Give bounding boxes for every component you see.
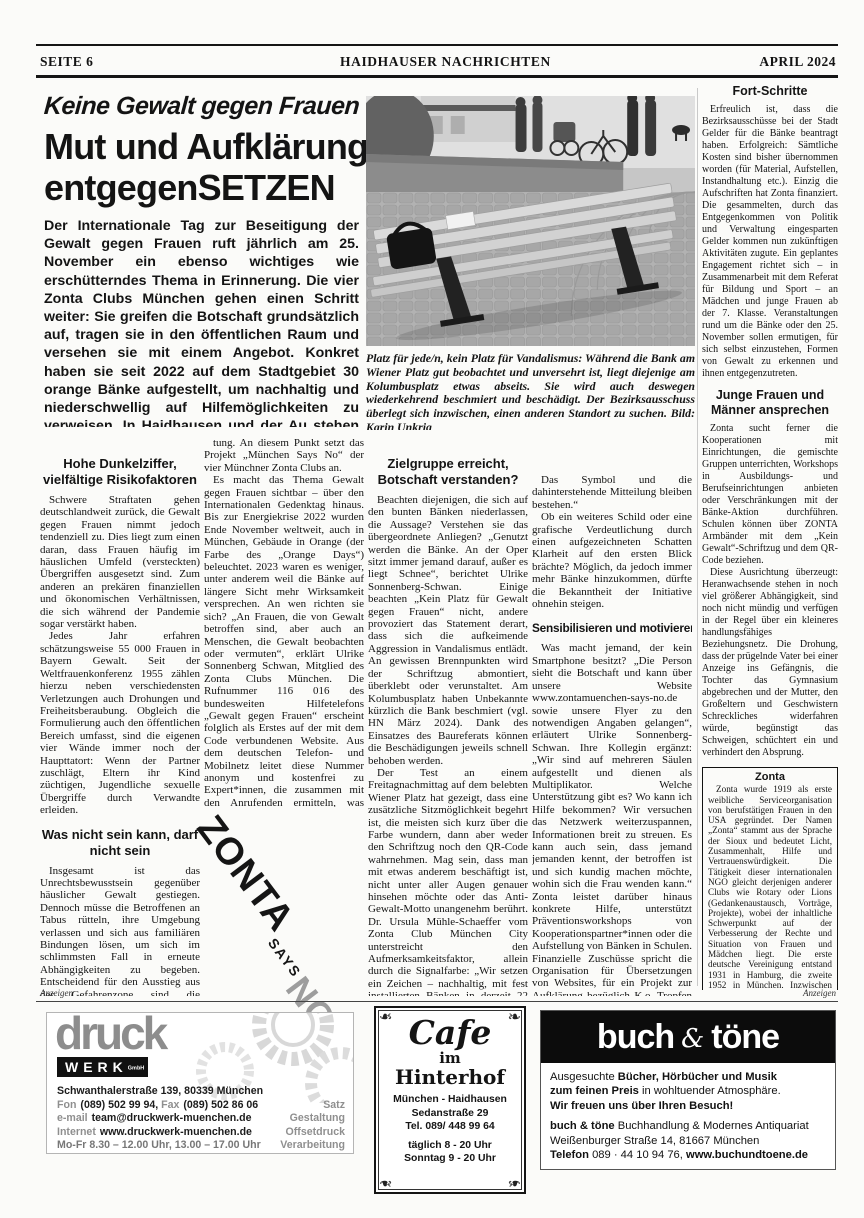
cafe-city: München - Haidhausen [376, 1093, 524, 1107]
zonta-says-no-logo-text: ZONTASAYSNO [188, 808, 366, 1024]
service-offsetdruck: Offsetdruck [286, 1126, 345, 1140]
body-column-2: tung. An diesem Punkt setzt das Projekt … [204, 437, 364, 807]
paragraph: Das Symbol und die dahinterstehende Mitt… [532, 474, 692, 511]
floral-corner-icon [508, 1174, 521, 1190]
headline: Mut und Aufklärung entgegenSETZEN [44, 126, 374, 208]
floral-corner-icon [508, 1010, 521, 1026]
store-type: Buchhandlung & Modernes Antiquariat [615, 1120, 809, 1132]
internet-label: Internet [57, 1126, 96, 1138]
lead-paragraph: Der Internationale Tag zur Beseitigung d… [44, 217, 359, 427]
issue-date: APRIL 2024 [759, 54, 836, 70]
ad-druckwerk: druck WERKGmbH Schwanthalerstraße 139, 8… [46, 1012, 354, 1154]
cafe-street: Sedanstraße 29 [376, 1107, 524, 1121]
section-heading-zielgruppe: Zielgruppe erreicht, Botschaft verstande… [368, 456, 528, 488]
bench-photo [366, 96, 695, 346]
column-divider [697, 88, 698, 986]
paragraph: Erfreulich ist, dass die Bezirksausschüs… [702, 104, 838, 380]
bench-photo-graphic [366, 96, 695, 346]
section-heading-sensibilisieren: Sensibilisieren und motivieren [532, 620, 692, 636]
newspaper-title: HAIDHAUSER NACHRICHTEN [340, 54, 551, 70]
zonta-info-box: Zonta Zonta wurde 1919 als erste weiblic… [702, 767, 838, 990]
tagline-normal: Ausgesuchte [550, 1071, 618, 1083]
paragraph: tung. An diesem Punkt setzt das Projekt … [204, 437, 364, 474]
buch-logo-text: buch [597, 1018, 674, 1057]
email-address: team@druckwerk-muenchen.de [92, 1112, 252, 1124]
address: Schwanthalerstraße 139, 80339 München [57, 1085, 263, 1099]
kicker: Keine Gewalt gegen Frauen [43, 92, 365, 121]
body-column-1: Hohe Dunkelziffer, vielfältige Risikofak… [40, 456, 200, 996]
paragraph: Schwere Straftaten gehen deutschlandweit… [40, 494, 200, 630]
buch-toene-logo: buch & töne [541, 1011, 835, 1063]
page-number: SEITE 6 [40, 54, 93, 70]
info-line1: buch & töne Buchhandlung & Modernes Anti… [550, 1119, 826, 1133]
telefon-label: Telefon [550, 1149, 592, 1161]
toene-logo-text: töne [711, 1018, 779, 1057]
email-label: e-mail [57, 1112, 88, 1124]
werk-logo-bar: WERKGmbH [57, 1057, 148, 1077]
phone-line: Fon(089) 502 99 94, Fax(089) 502 86 06 [57, 1099, 258, 1113]
druck-logo-text: druck [55, 1012, 165, 1059]
tagline-line3: Wir freuen uns über Ihren Besuch! [550, 1099, 826, 1113]
paragraph: Es macht das Thema Gewalt gegen Frauen s… [204, 474, 364, 807]
service-satz: Satz [323, 1099, 345, 1113]
paragraph: Beachten diejenigen, die sich auf den bu… [368, 494, 528, 767]
headline-line2: entgegenSETZEN [44, 167, 335, 208]
zonta-box-heading: Zonta [708, 772, 832, 782]
fax-number: (089) 502 86 06 [183, 1099, 258, 1111]
paragraph: Jedes Jahr erfahren schätzungsweise 55 0… [40, 630, 200, 816]
paragraph: Diese Ausrichtung überzeugt: Heranwachse… [702, 567, 838, 759]
cafe-phone: Tel. 089/ 448 99 64 [376, 1120, 524, 1134]
fon-label: Fon [57, 1099, 76, 1111]
photo-caption-text: Platz für jede/n, kein Platz für Vandali… [366, 352, 695, 420]
store-name: buch & töne [550, 1120, 615, 1132]
anzeigen-label-right: Anzeigen [803, 988, 836, 998]
zonta-says-no-logo: ZONTASAYSNO [208, 806, 366, 992]
druckwerk-logo: druck [55, 1012, 165, 1057]
masthead: SEITE 6 HAIDHAUSER NACHRICHTEN APRIL 202… [36, 44, 838, 78]
email-line: e-mailteam@druckwerk-muenchen.de [57, 1112, 252, 1126]
paragraph: Ob ein weiteres Schild oder eine grafisc… [532, 511, 692, 610]
section-heading-junge-frauen: Junge Frauen und Männer ansprechen [702, 388, 838, 418]
info-line3: Telefon 089 · 44 10 94 76, www.buchundto… [550, 1148, 826, 1162]
section-heading-was-nicht-sein-kann: Was nicht sein kann, darf nicht sein [40, 827, 200, 859]
headline-line1: Mut und Aufklärung [44, 126, 368, 167]
web-line: Internetwww.druckwerk-muenchen.de [57, 1126, 252, 1140]
buch-toene-body: Ausgesuchte Bücher, Hörbücher und Musik … [541, 1063, 835, 1162]
ampersand-glyph: & [681, 1024, 704, 1054]
ad-buch-und-toene: buch & töne Ausgesuchte Bücher, Hörbüche… [540, 1010, 836, 1170]
body-column-4: Das Symbol und die dahinterstehende Mitt… [532, 474, 692, 996]
werk-logo-text: WERK [65, 1059, 128, 1075]
anzeigen-rule [36, 1001, 838, 1002]
section-heading-dunkelziffer: Hohe Dunkelziffer, vielfältige Risikofak… [40, 456, 200, 488]
tagline-normal: in wohltuender Atmosphäre. [639, 1085, 781, 1097]
tagline-line1: Ausgesuchte Bücher, Hörbücher und Musik [550, 1070, 826, 1084]
service-gestaltung: Gestaltung [290, 1112, 345, 1126]
sidebar-column: Fort-Schritte Erfreulich ist, dass die B… [702, 84, 838, 990]
fon-number: (089) 502 99 94, [80, 1099, 158, 1111]
fax-label: Fax [161, 1099, 179, 1111]
cafe-hours-daily: täglich 8 - 20 Uhr [376, 1139, 524, 1153]
paragraph: Zonta sucht ferner die Kooperationen mit… [702, 423, 838, 567]
cafe-logo-line3: Hinterhof [376, 1066, 524, 1088]
anzeigen-label-left: Anzeigen [40, 988, 73, 998]
website-url: www.druckwerk-muenchen.de [100, 1126, 252, 1138]
tagline-bold: Bücher, Hörbücher und Musik [618, 1071, 777, 1083]
info-line2: Weißenburger Straße 14, 81667 München [550, 1134, 826, 1148]
zonta-wordmark: ZONTA [188, 808, 302, 940]
body-column-3: Zielgruppe erreicht, Botschaft verstande… [368, 456, 528, 996]
paragraph: Der Test an einem Freitagnachmittag auf … [368, 767, 528, 996]
photo-caption: Platz für jede/n, kein Platz für Vandali… [366, 352, 695, 430]
paragraph: Insgesamt ist das Unrechtsbewusstsein ge… [40, 865, 200, 996]
paragraph: Was macht jemand, der kein Smartphone be… [532, 642, 692, 996]
opening-hours: Mo-Fr 8.30 – 12.00 Uhr, 13.00 – 17.00 Uh… [57, 1139, 261, 1153]
ad-cafe-im-hinterhof: Cafe im Hinterhof München - Haidhausen S… [374, 1006, 526, 1194]
section-heading-fortschritte: Fort-Schritte [702, 84, 838, 99]
says-wordmark: SAYS [265, 935, 305, 980]
tagline-line2: zum feinen Preis in wohltuender Atmosphä… [550, 1084, 826, 1098]
cafe-hours-sunday: Sonntag 9 - 20 Uhr [376, 1152, 524, 1166]
floral-corner-icon [379, 1010, 392, 1026]
druckwerk-contact: Schwanthalerstraße 139, 80339 München Fo… [57, 1085, 345, 1153]
store-website: www.buchundtoene.de [686, 1149, 808, 1161]
service-verarbeitung: Verarbeitung [280, 1139, 345, 1153]
newspaper-page: SEITE 6 HAIDHAUSER NACHRICHTEN APRIL 202… [0, 0, 864, 1218]
floral-corner-icon [379, 1174, 392, 1190]
tagline-bold: zum feinen Preis [550, 1085, 639, 1097]
gmbh-suffix: GmbH [128, 1065, 145, 1071]
zonta-box-text: Zonta wurde 1919 als erste weibliche Ser… [708, 784, 832, 990]
telefon-number: 089 · 44 10 94 76, [592, 1149, 686, 1161]
cafe-logo-line2: im [376, 1050, 524, 1066]
cafe-logo-line1: Cafe [376, 1016, 524, 1050]
